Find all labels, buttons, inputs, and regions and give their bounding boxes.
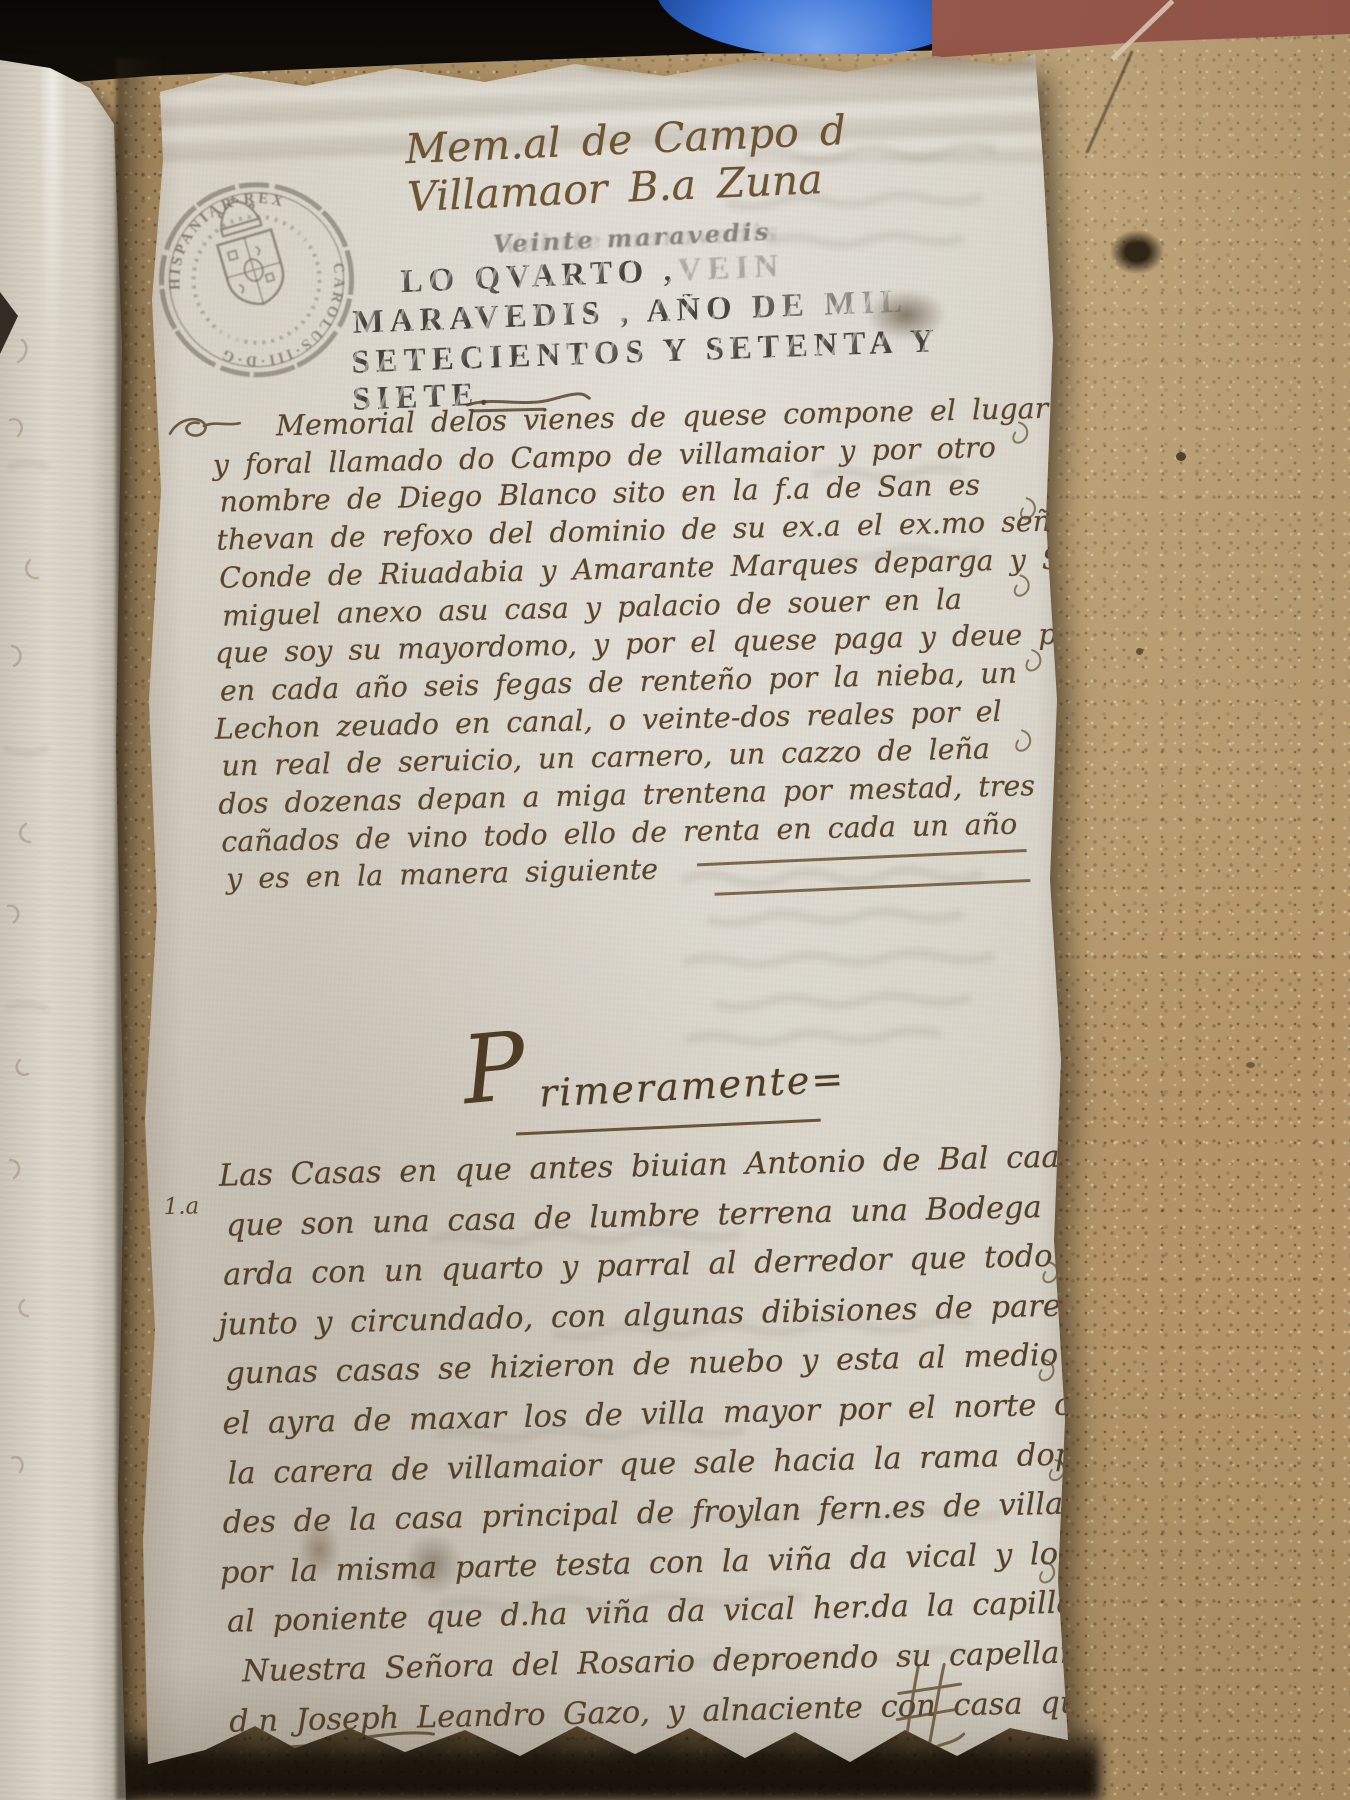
ink-layer: Mem.al de Campo d Villamaor B.a Zuna HIS… bbox=[103, 29, 1122, 1796]
board-speck bbox=[1246, 1062, 1255, 1068]
board-stain-blob bbox=[1110, 230, 1164, 274]
manuscript-page: Mem.al de Campo d Villamaor B.a Zuna HIS… bbox=[105, 40, 1085, 1785]
photo-of-manuscript: Mem.al de Campo d Villamaor B.a Zuna HIS… bbox=[0, 0, 1350, 1800]
board-speck bbox=[1136, 648, 1143, 655]
line-end-curls bbox=[1009, 422, 1066, 1583]
ink-bleed-through bbox=[103, 29, 1122, 1796]
manuscript-page-wrap: Mem.al de Campo d Villamaor B.a Zuna HIS… bbox=[105, 40, 1085, 1785]
board-speck bbox=[1176, 452, 1186, 461]
